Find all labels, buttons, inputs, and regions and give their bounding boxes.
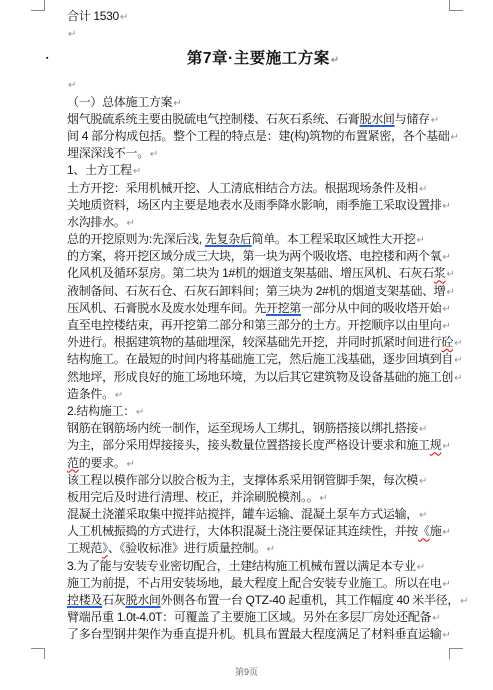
text-segment: 烟气脱硫系统主要由脱硫电气控制楼、石灰石系统、石膏 bbox=[67, 112, 360, 126]
paragraph-mark-icon: ↵ bbox=[454, 373, 462, 384]
document-lines[interactable]: 合计 1530↵↵▪第7章·主要施工方案↵↵（一）总体施工方案↵烟气脱硫系统主要… bbox=[67, 8, 459, 644]
text-line[interactable]: 臂端吊重 1.0t-4.0T：可覆盖了主要施工区域。另外在多层厂房处还配备↵ bbox=[67, 609, 459, 626]
paragraph-mark-icon: ↵ bbox=[451, 132, 459, 143]
text-segment: 结构施工。在最短的时间内将基础施工完，然后施工浅基础，逐步回填到自 bbox=[67, 352, 453, 366]
text-segment: 与储存 bbox=[395, 112, 430, 126]
paragraph-mark-icon: ↵ bbox=[127, 459, 135, 470]
text-segment: 施工为前提，不占用安装场地，最大程度上配合安装专业施工。所以在电 bbox=[67, 576, 441, 590]
text-segment: 的方案，将开挖区域分成三大块，第一块为两个吸收塔、电控楼和两个氧 bbox=[67, 249, 441, 263]
text-segment: 液制备间、石灰石仓、石灰石卸料间；第三块为 2#机的烟道支架基础、增 bbox=[67, 284, 446, 298]
paragraph-mark-icon: ↵ bbox=[173, 98, 181, 109]
text-line[interactable]: ↵ bbox=[67, 76, 459, 93]
grammar-underlined-text: 开挖第 bbox=[266, 301, 301, 315]
spellcheck-underlined-text: 浆 bbox=[434, 266, 446, 280]
text-line[interactable]: 1、土方工程↵ bbox=[67, 162, 459, 179]
text-line[interactable]: 人工机械振捣的方式进行，大体积混凝土浇注要保证其连续性，并按《施↵ bbox=[67, 523, 459, 540]
text-segment: 的要求。 bbox=[79, 456, 126, 470]
text-line[interactable]: 为主，部分采用焊接接头，接头数量位置搭接长度严格设计要求和施工规↵ bbox=[67, 437, 459, 454]
paragraph-mark-icon: ↵ bbox=[136, 407, 144, 418]
text-line[interactable]: （一）总体施工方案↵ bbox=[67, 94, 459, 111]
text-segment: 3.为了能与安装专业密切配合，土建结构施工机械布置以满足本专业 bbox=[67, 559, 416, 573]
paragraph-mark-icon: ↵ bbox=[442, 252, 450, 263]
spellcheck-underlined-text: 砼 bbox=[441, 335, 453, 349]
text-segment: 2.结构施工： bbox=[67, 404, 135, 418]
title-bullet-icon: ▪ bbox=[46, 42, 49, 76]
paragraph-mark-icon: ↵ bbox=[432, 613, 440, 624]
text-segment: 1、土方工程 bbox=[67, 163, 132, 177]
text-segment: 化风机及循环泵房。第二块为 1#机的烟道支架基础、增压风机、石灰石 bbox=[67, 266, 434, 280]
text-line[interactable]: 钢筋在钢筋场内统一制作，运至现场人工绑扎，钢筋搭接以绑扎搭接↵ bbox=[67, 420, 459, 437]
paragraph-mark-icon: ↵ bbox=[68, 29, 76, 40]
text-segment: （一）总体施工方案 bbox=[67, 95, 172, 109]
paragraph-mark-icon: ↵ bbox=[133, 166, 141, 177]
text-segment: 直至电控楼结束，再开挖第二部分和第三部分的土方。开挖顺序以由里向 bbox=[67, 318, 441, 332]
text-segment: 合计 1530 bbox=[67, 9, 119, 23]
spellcheck-underlined-text: 《 bbox=[418, 524, 430, 538]
text-segment: 了多台型钢井架作为垂直提升机。机具布置最大程度满足了材料垂直运输 bbox=[67, 627, 441, 641]
text-line[interactable]: 造条件。↵ bbox=[67, 386, 459, 403]
text-segment: 施 bbox=[430, 524, 442, 538]
paragraph-mark-icon: ↵ bbox=[150, 149, 158, 160]
text-line[interactable]: 外进行。根据建筑物的基础埋深，较深基础先开挖，并同时抓紧时间进行砼↵ bbox=[67, 334, 459, 351]
text-segment: 埋深深浅不一。 bbox=[67, 146, 149, 160]
grammar-underlined-text: 脱水间 bbox=[126, 593, 161, 607]
paragraph-mark-icon: ↵ bbox=[447, 269, 455, 280]
text-segment: 间 4 部分构成包括。整个工程的特点是：建(构)筑物的布置紧密，各个基础 bbox=[67, 129, 450, 143]
text-line[interactable]: 埋深深浅不一。↵ bbox=[67, 145, 459, 162]
text-line[interactable]: 烟气脱硫系统主要由脱硫电气控制楼、石灰石系统、石膏脱水间与储存↵ bbox=[67, 111, 459, 128]
paragraph-mark-icon: ↵ bbox=[442, 630, 450, 641]
paragraph-mark-icon: ↵ bbox=[442, 321, 450, 332]
text-segment: 该工程以模作部分以胶合板为主，支撑体系采用钢管脚手架，每次模 bbox=[67, 473, 418, 487]
text-segment: 混凝土浇灌采取集中搅拌站搅拌，罐车运输、混凝土泵车方式运输， bbox=[67, 507, 418, 521]
text-line[interactable]: 板用完后及时进行清理、校正，并涂刷脱模剂。。↵ bbox=[67, 489, 459, 506]
paragraph-mark-icon: ↵ bbox=[454, 355, 462, 366]
text-line[interactable]: 了多台型钢井架作为垂直提升机。机具布置最大程度满足了材料垂直运输↵ bbox=[67, 626, 459, 643]
grammar-underlined-text: 控楼及 bbox=[67, 593, 102, 607]
paragraph-mark-icon: ↵ bbox=[115, 390, 123, 401]
paragraph-mark-icon: ↵ bbox=[454, 338, 462, 349]
text-segment: 关地质资料，场区内主要是地表水及雨季降水影响，雨季施工采取设置排 bbox=[67, 198, 441, 212]
text-segment: 外侧各布置一台 QTZ-40 起重机，其工作幅度 40 米半径， bbox=[161, 593, 459, 607]
text-segment: 压风机、石膏脱水及废水处理车间。先 bbox=[67, 301, 266, 315]
text-segment: 板用完后及时进行清理、校正，并涂刷脱模剂。。 bbox=[67, 490, 318, 504]
grammar-underlined-text: 脱水间 bbox=[360, 112, 395, 126]
paragraph-mark-icon: ↵ bbox=[419, 424, 427, 435]
text-line[interactable]: 混凝土浇灌采取集中搅拌站搅拌，罐车运输、混凝土泵车方式运输，↵ bbox=[67, 506, 459, 523]
spellcheck-underlined-text: 规 bbox=[430, 438, 442, 452]
text-segment: 水沟排水。 bbox=[67, 215, 126, 229]
text-segment: 外进行。根据建筑物的基础埋深，较深基础先开挖，并同时抓紧时间进行 bbox=[67, 335, 441, 349]
paragraph-mark-icon: ↵ bbox=[416, 235, 424, 246]
text-segment: 石灰 bbox=[102, 593, 125, 607]
text-segment: 为主，部分采用焊接接头，接头数量位置搭接长度严格设计要求和施工 bbox=[67, 438, 430, 452]
text-line[interactable]: 土方开挖：采用机械开挖、人工清底相结合方法。根据现场条件及相↵ bbox=[67, 180, 459, 197]
text-segment: 一部分从中间的吸收塔开始 bbox=[301, 301, 441, 315]
text-segment: 第7章·主要施工方案 bbox=[187, 50, 330, 67]
text-segment: 简单。本工程采取区域性大开挖 bbox=[252, 232, 416, 246]
page-number: 第9页 bbox=[0, 665, 493, 678]
paragraph-mark-icon: ↵ bbox=[419, 510, 427, 521]
paragraph-mark-icon: ↵ bbox=[127, 218, 135, 229]
paragraph-mark-icon: ↵ bbox=[442, 579, 450, 590]
text-line[interactable]: 结构施工。在最短的时间内将基础施工完，然后施工浅基础，逐步回填到自↵ bbox=[67, 351, 459, 368]
text-line[interactable]: 2.结构施工：↵ bbox=[67, 403, 459, 420]
paragraph-mark-icon: ↵ bbox=[447, 287, 455, 298]
text-segment: 钢筋在钢筋场内统一制作，运至现场人工绑扎，钢筋搭接以绑扎搭接 bbox=[67, 421, 418, 435]
text-line[interactable]: 然地坪，形成良好的施工场地环境，为以后其它建筑物及设备基础的施工创↵ bbox=[67, 369, 459, 386]
text-segment: 总的开挖原则为:先深后浅, bbox=[67, 232, 205, 246]
paragraph-mark-icon: ↵ bbox=[319, 493, 327, 504]
text-segment: 工规范 bbox=[67, 541, 102, 555]
text-segment: 人工机械振捣的方式进行，大体积混凝土浇注要保证其连续性，并按 bbox=[67, 524, 418, 538]
text-line[interactable]: 总的开挖原则为:先深后浅, 先复杂后简单。本工程采取区域性大开挖↵ bbox=[67, 231, 459, 248]
paragraph-mark-icon: ↵ bbox=[419, 184, 427, 195]
text-segment: 然地坪，形成良好的施工场地环境，为以后其它建筑物及设备基础的施工创 bbox=[67, 370, 453, 384]
crop-mark-top-left-icon bbox=[31, 0, 45, 11]
paragraph-mark-icon: ↵ bbox=[68, 80, 76, 91]
grammar-underlined-text: 先复杂后 bbox=[205, 232, 252, 246]
text-line[interactable]: 化风机及循环泵房。第二块为 1#机的烟道支架基础、增压风机、石灰石浆↵ bbox=[67, 265, 459, 282]
paragraph-mark-icon: ↵ bbox=[442, 527, 450, 538]
crop-mark-bottom-left-icon bbox=[31, 648, 45, 659]
text-line[interactable]: ↵ bbox=[67, 25, 459, 42]
text-segment: 造条件。 bbox=[67, 387, 114, 401]
paragraph-mark-icon: ↵ bbox=[267, 544, 275, 555]
text-segment: 、《验收标准》进行质量控制。 bbox=[108, 541, 266, 555]
spellcheck-underlined-text: 范 bbox=[67, 456, 79, 470]
paragraph-mark-icon: ↵ bbox=[460, 596, 468, 607]
text-segment: 土方开挖：采用机械开挖、人工清底相结合方法。根据现场条件及相 bbox=[67, 181, 418, 195]
text-line[interactable]: 水沟排水。↵ bbox=[67, 214, 459, 231]
text-line[interactable]: 范的要求。↵ bbox=[67, 455, 459, 472]
crop-mark-bottom-right-icon bbox=[449, 648, 463, 659]
text-segment: 臂端吊重 1.0t-4.0T：可覆盖了主要施工区域。另外在多层厂房处还配备 bbox=[67, 610, 431, 624]
text-line[interactable]: 3.为了能与安装专业密切配合，土建结构施工机械布置以满足本专业↵ bbox=[67, 558, 459, 575]
paragraph-mark-icon: ↵ bbox=[120, 12, 128, 23]
text-line[interactable]: 工规范》、《验收标准》进行质量控制。↵ bbox=[67, 540, 459, 557]
paragraph-mark-icon: ↵ bbox=[431, 115, 439, 126]
paragraph-mark-icon: ↵ bbox=[442, 201, 450, 212]
paragraph-mark-icon: ↵ bbox=[442, 304, 450, 315]
paragraph-mark-icon: ↵ bbox=[417, 562, 425, 573]
text-line[interactable]: 直至电控楼结束，再开挖第二部分和第三部分的土方。开挖顺序以由里向↵ bbox=[67, 317, 459, 334]
paragraph-mark-icon: ↵ bbox=[419, 476, 427, 487]
text-line[interactable]: 控楼及石灰脱水间外侧各布置一台 QTZ-40 起重机，其工作幅度 40 米半径，… bbox=[67, 592, 459, 609]
text-line[interactable]: 液制备间、石灰石仓、石灰石卸料间；第三块为 2#机的烟道支架基础、增↵ bbox=[67, 283, 459, 300]
text-line[interactable]: 合计 1530↵ bbox=[67, 8, 459, 25]
paragraph-mark-icon: ↵ bbox=[331, 55, 339, 66]
text-line[interactable]: 关地质资料，场区内主要是地表水及雨季降水影响，雨季施工采取设置排↵ bbox=[67, 197, 459, 214]
text-line[interactable]: 间 4 部分构成包括。整个工程的特点是：建(构)筑物的布置紧密，各个基础↵ bbox=[67, 128, 459, 145]
text-line[interactable]: 的方案，将开挖区域分成三大块，第一块为两个吸收塔、电控楼和两个氧↵ bbox=[67, 248, 459, 265]
doc-title-line[interactable]: ▪第7章·主要施工方案↵ bbox=[67, 42, 459, 76]
text-line[interactable]: 压风机、石膏脱水及废水处理车间。先开挖第一部分从中间的吸收塔开始↵ bbox=[67, 300, 459, 317]
text-line[interactable]: 施工为前提，不占用安装场地，最大程度上配合安装专业施工。所以在电↵ bbox=[67, 575, 459, 592]
document-page: 合计 1530↵↵▪第7章·主要施工方案↵↵（一）总体施工方案↵烟气脱硫系统主要… bbox=[0, 0, 493, 690]
paragraph-mark-icon: ↵ bbox=[442, 441, 450, 452]
text-line[interactable]: 该工程以模作部分以胶合板为主，支撑体系采用钢管脚手架，每次模↵ bbox=[67, 472, 459, 489]
